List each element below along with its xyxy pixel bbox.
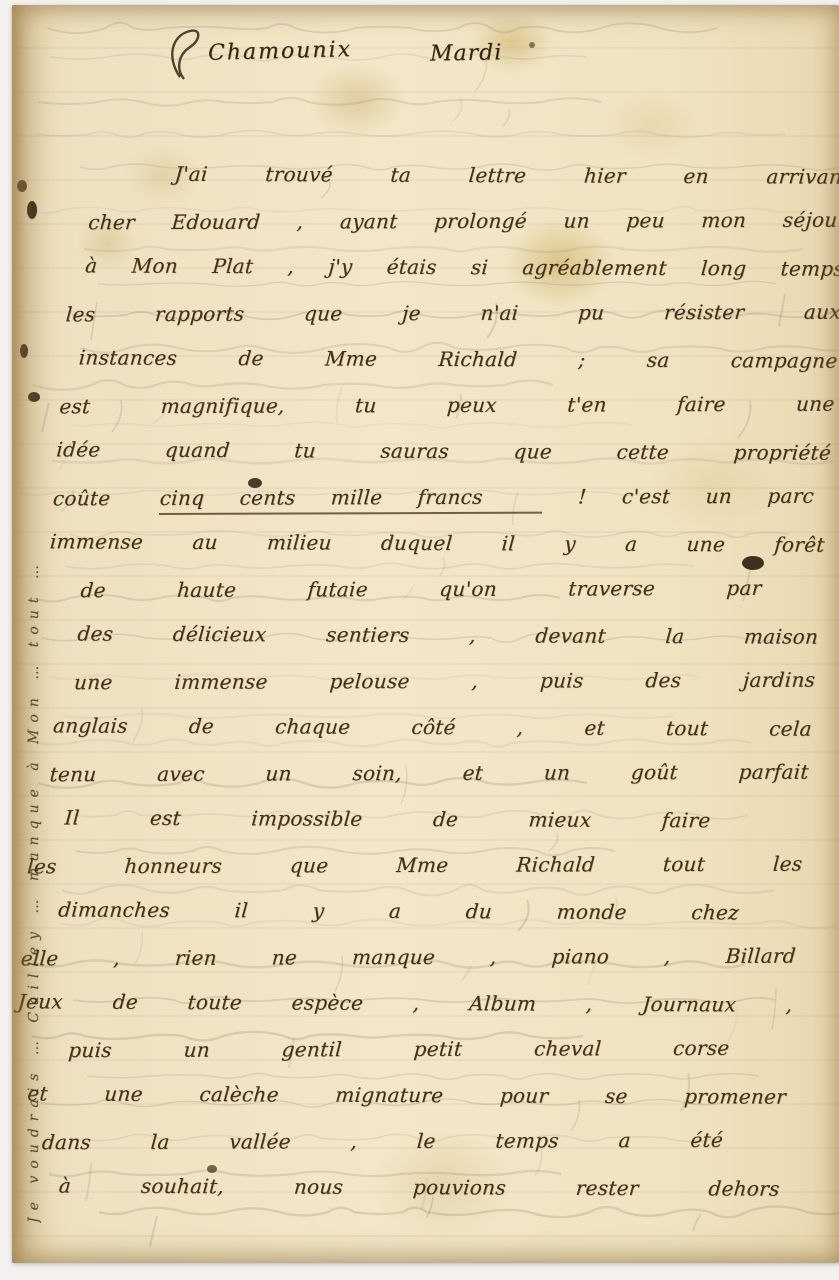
manuscript-line: à Mon Plat , j'y étais si agréablement l… [61,245,839,294]
letter-header: Chamounix Mardi [12,25,839,85]
manuscript-line: anglais de chaque côté , et tout cela [29,705,813,754]
manuscript-line: immense au milieu duquel il y a une forê… [42,521,826,570]
manuscript-line: une immense pelouse , puis des jardins [32,660,816,709]
manuscript-line: tenu avec un soin, et un goût parfait [26,752,810,801]
manuscript-line: est magnifique, tu peux t'en faire une [52,384,836,433]
place-name: Chamounix [208,37,353,66]
manuscript-line: elle , rien ne manque , piano , Billard [13,936,797,985]
manuscript-line: de haute futaie qu'on traverse par [39,568,823,617]
manuscript-line: Il est impossible de mieux faire [23,797,807,846]
manuscript-line: Jeux de toute espèce , Album , Journaux … [10,981,794,1030]
phrase-after-underline: ! c'est un parc [577,484,815,509]
manuscript-line: instances de Mme Richald ; sa campagne [55,337,839,386]
phrase-before-underline: coûte [52,486,111,510]
manuscript-line: les rapports que je n'ai pu résister aux [58,292,839,341]
manuscript-line: dimanches il y a du monde chez [16,889,800,938]
underlined-phrase: cinq cents mille francs [159,485,544,515]
manuscript-line: les honneurs que Mme Richald tout les [20,844,804,893]
letter-paper: Je voudrais … Cailley … manque à Mon … t… [12,5,839,1263]
scanned-letter-page: Je voudrais … Cailley … manque à Mon … t… [0,0,839,1280]
manuscript-line: cher Edouard , ayant prolongé un peu mon… [65,200,839,249]
manuscript-line-underlined: coûte cinq cents mille francs ! c'est un… [45,476,829,525]
manuscript-line: puis un gentil petit cheval corse [7,1028,791,1077]
manuscript-line: dans la vallée , le temps a été [0,1120,784,1169]
manuscript-line: à souhait, nous pouvions rester dehors [0,1165,781,1214]
manuscript-line: des délicieux sentiers , devant la maiso… [36,613,820,662]
day-name: Mardi [430,40,503,66]
manuscript-line: et une calèche mignature pour se promene… [3,1073,787,1122]
letter-body: J'ai trouvé ta lettre hier en arrivant c… [0,155,839,1213]
manuscript-line: idée quand tu sauras que cette propriété [48,429,832,478]
manuscript-line: J'ai trouvé ta lettre hier en arrivant [68,153,839,202]
